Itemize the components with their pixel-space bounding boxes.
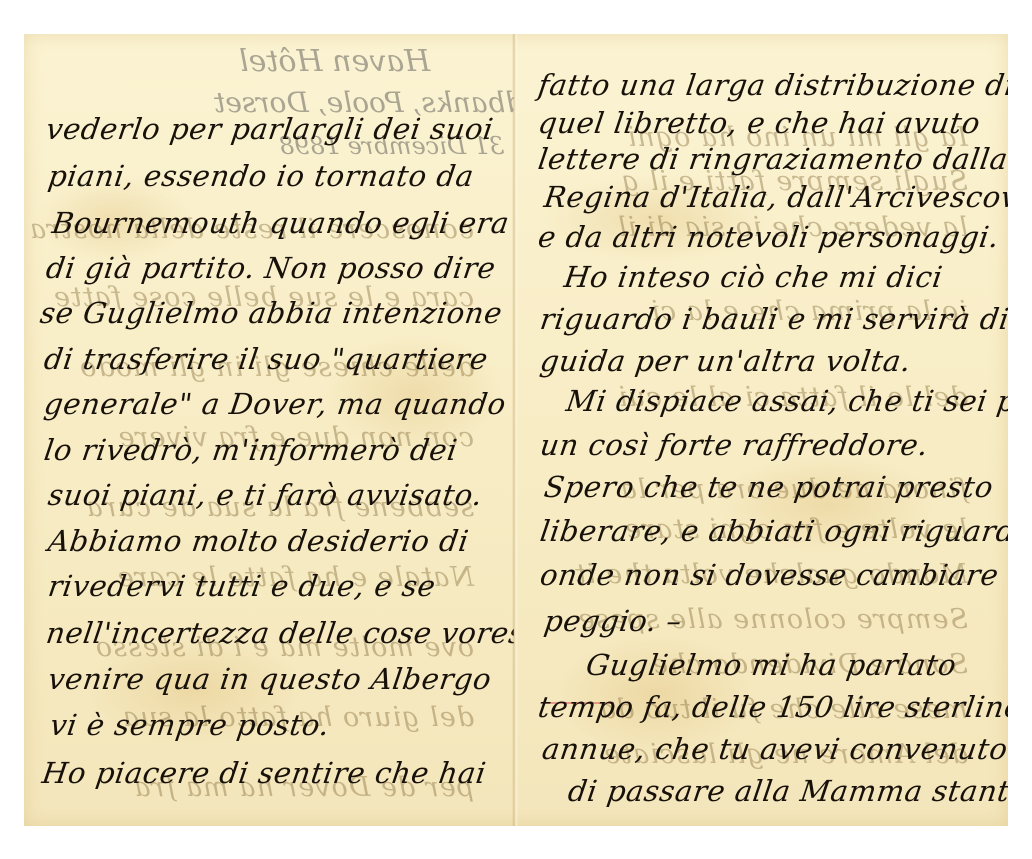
- text-line: venire qua in questo Albergo: [46, 662, 494, 696]
- text-line: un così forte raffreddore.: [538, 428, 931, 462]
- text-line: Regina d'Italia, dall'Arcivescovo,: [542, 180, 1008, 214]
- text-line: Ho inteso ciò che mi dici: [562, 260, 945, 294]
- text-line: lo rivedrò, m'informerò dei: [42, 433, 460, 467]
- text-line: di passare alla Mamma stante: [566, 774, 1008, 808]
- left-page: Haven Hôtel Sandbanks, Poole, Dorset 31 …: [24, 34, 514, 826]
- text-line: di già partito. Non posso dire: [44, 251, 498, 285]
- text-line: riguardo i bauli e mi servirà di: [538, 302, 1008, 336]
- text-line: Mi dispiace assai, che ti sei preso: [564, 384, 1008, 418]
- right-page: Ia gli mi un ino ha ogni Sugli sempre fa…: [516, 34, 1008, 826]
- text-line: annue, che tu avevi convenuto: [540, 732, 1008, 766]
- text-line: Ho piacere di sentire che hai: [40, 756, 488, 790]
- text-line: nell'incertezza delle cose voreste: [44, 616, 514, 650]
- text-line: fatto una larga distribuzione di: [536, 68, 1008, 102]
- text-line: peggio. –: [542, 604, 684, 638]
- text-line: quel libretto, e che hai avuto: [536, 106, 983, 140]
- text-line: suoi piani, e ti farò avvisato.: [46, 478, 485, 512]
- text-line: lettere di ringraziamento dalla: [536, 142, 1008, 176]
- text-line: Abbiamo molto desiderio di: [46, 524, 471, 558]
- text-line: vederlo per parlargli dei suoi: [44, 112, 496, 146]
- text-line: Spero che te ne potrai presto: [542, 470, 996, 504]
- text-line: guida per un'altra volta.: [538, 344, 913, 378]
- text-line: Bournemouth quando egli era: [50, 206, 512, 240]
- text-line: onde non si dovesse cambiare in: [538, 558, 1008, 592]
- text-line: rivedervi tutti e due, e se: [46, 569, 438, 603]
- text-line: tempo fa, delle 150 lire sterline: [536, 690, 1008, 724]
- text-line: liberare, e abbiati ogni riguardo: [538, 514, 1008, 548]
- right-page-text: fatto una larga distribuzione di quel li…: [516, 34, 1008, 826]
- text-line: e da altri notevoli personaggi. –: [536, 220, 1008, 254]
- text-line: se Guglielmo abbia intenzione: [38, 296, 505, 330]
- text-line: di trasferire il suo "quartiere: [42, 342, 490, 376]
- text-line: Guglielmo mi ha parlato: [584, 648, 959, 682]
- letter-sheet: Haven Hôtel Sandbanks, Poole, Dorset 31 …: [24, 34, 1008, 826]
- text-line: vi è sempre posto.: [48, 708, 332, 742]
- text-line: generale" a Dover, ma quando: [42, 387, 508, 421]
- text-line: piani, essendo io tornato da: [46, 159, 476, 193]
- left-page-text: vederlo per parlargli dei suoi piani, es…: [24, 34, 514, 826]
